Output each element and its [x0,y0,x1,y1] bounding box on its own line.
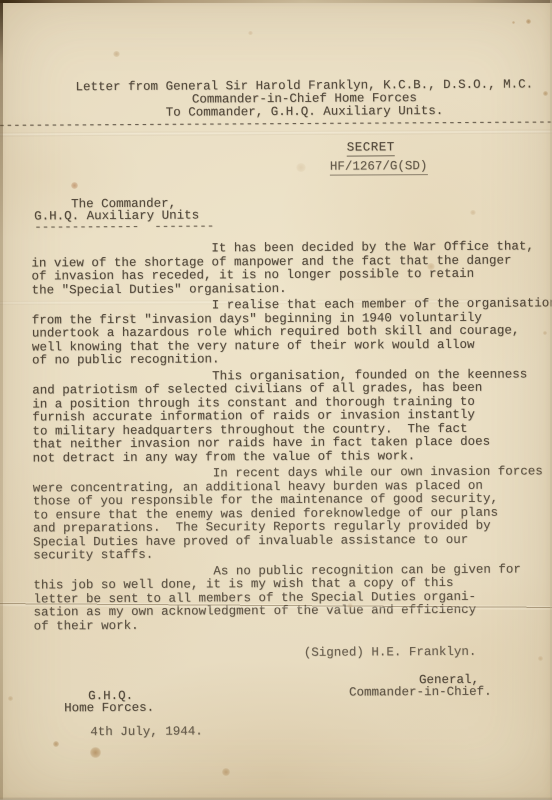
scanned-letter-page: Letter from General Sir Harold Franklyn,… [0,0,552,800]
heading-dashed-rule: ----------------------------------------… [0,115,552,133]
letter-body: It has been decided by the War Office th… [31,240,549,636]
footer-org-line-2: Home Forces. [64,701,154,716]
classification-stamp: SECRET [347,140,395,156]
paragraph-5: As no public recognition can be given fo… [33,563,549,634]
paragraph-4: In recent days while our own invasion fo… [33,465,550,563]
paragraph-2: I realise that each member of the organi… [32,297,548,368]
signature-line: (Signed) H.E. Franklyn. [304,645,477,660]
paragraph-1: It has been decided by the War Office th… [31,240,547,297]
letter-date: 4th July, 1944. [90,724,203,739]
letter-content: Letter from General Sir Harold Franklyn,… [0,0,552,800]
addressee-dashed-rule: -------------- -------- [34,219,214,234]
letter-heading: Letter from General Sir Harold Franklyn,… [54,78,552,121]
paragraph-3: This organisation, founded on the keenne… [32,368,549,466]
signature-title: Commander-in-Chief. [349,685,492,700]
reference-number: HF/1267/G(SD) [330,159,428,176]
